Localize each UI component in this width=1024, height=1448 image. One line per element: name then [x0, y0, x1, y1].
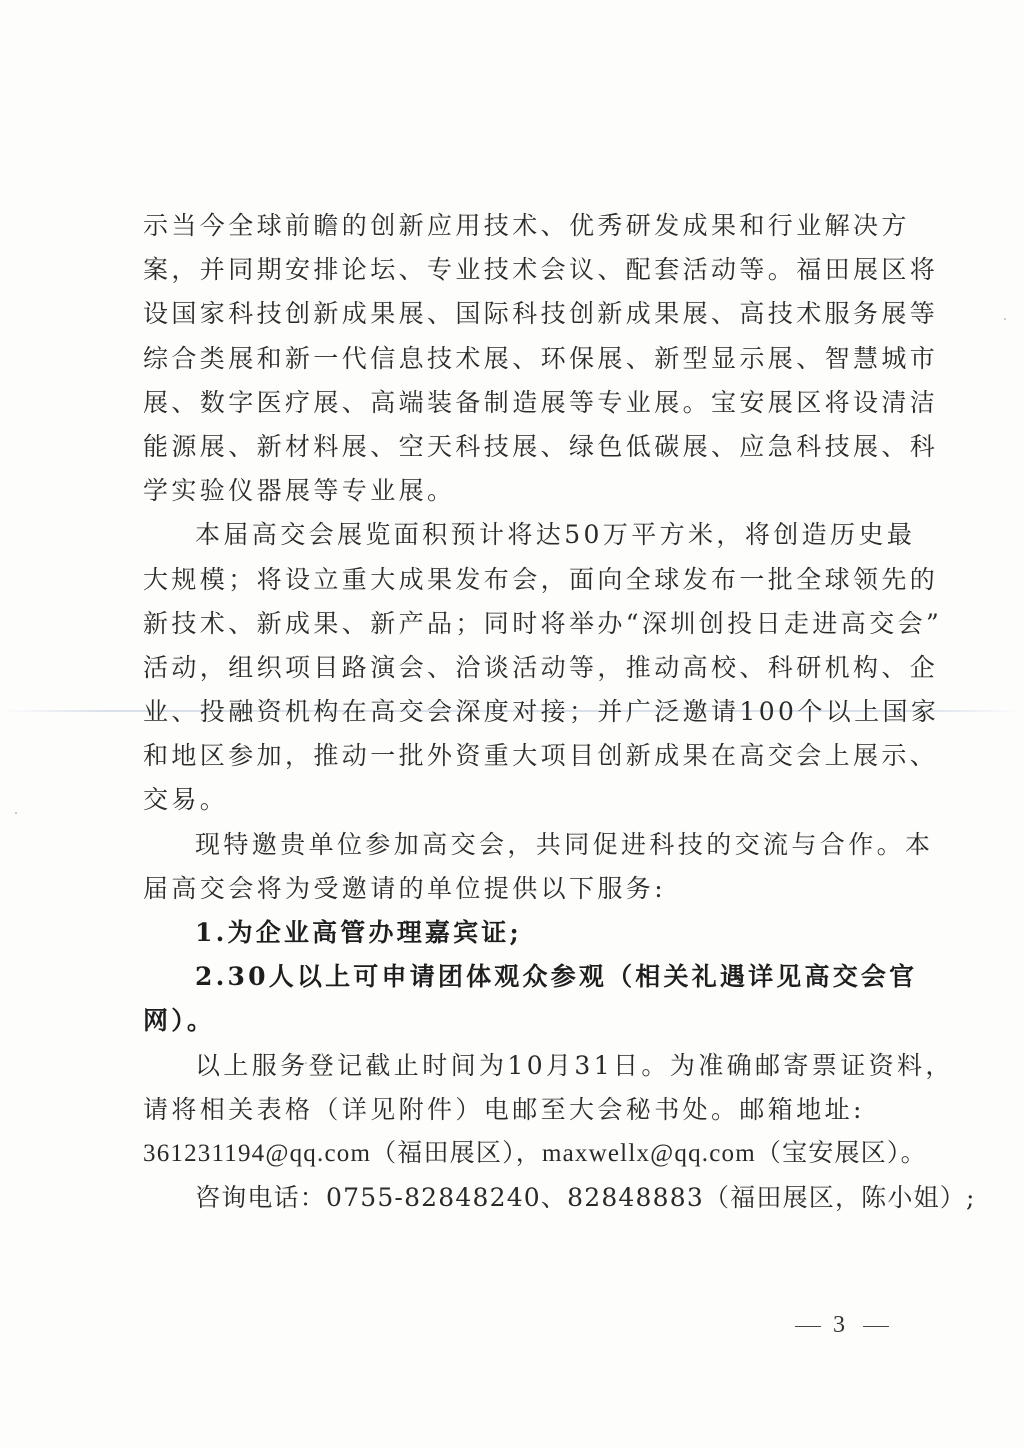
- text-line: 活动，组织项目路演会、洽谈活动等，推动高校、科研机构、企: [143, 646, 883, 690]
- text-line: 以上服务登记截止时间为10月31日。为准确邮寄票证资料，: [143, 1044, 883, 1088]
- page-number: 3: [795, 1312, 889, 1339]
- text-line: 展、数字医疗展、高端装备制造展等专业展。宝安展区将设清洁: [143, 381, 883, 425]
- text-line: 示当今全球前瞻的创新应用技术、优秀研发成果和行业解决方: [143, 204, 883, 248]
- text-line: 请将相关表格（详见附件）电邮至大会秘书处。邮箱地址:: [143, 1088, 883, 1132]
- document-page: 示当今全球前瞻的创新应用技术、优秀研发成果和行业解决方 案，并同期安排论坛、专业…: [0, 0, 1024, 1448]
- text-line: 届高交会将为受邀请的单位提供以下服务:: [143, 867, 883, 911]
- text-line: 交易。: [143, 778, 883, 822]
- paragraph-contact: 咨询电话：0755-82848240、82848883（福田展区，陈小姐）;: [143, 1176, 883, 1220]
- service-item-group-visit: 2.30人以上可申请团体观众参观（相关礼遇详见高交会官: [143, 955, 883, 999]
- scan-speck: [15, 812, 17, 814]
- paragraph-invitation: 现特邀贵单位参加高交会，共同促进科技的交流与合作。本 届高交会将为受邀请的单位提…: [143, 823, 883, 911]
- text-line: 业、投融资机构在高交会深度对接；并广泛邀请100个以上国家: [143, 690, 883, 734]
- services-list: 1.为企业高管办理嘉宾证; 2.30人以上可申请团体观众参观（相关礼遇详见高交会…: [143, 911, 883, 1044]
- text-line: 本届高交会展览面积预计将达50万平方米，将创造历史最: [143, 513, 883, 557]
- service-item-guest-pass: 1.为企业高管办理嘉宾证;: [143, 911, 883, 955]
- text-line: 和地区参加，推动一批外资重大项目创新成果在高交会上展示、: [143, 734, 883, 778]
- text-line: 案，并同期安排论坛、专业技术会议、配套活动等。福田展区将: [143, 248, 883, 292]
- text-line: 能源展、新材料展、空天科技展、绿色低碳展、应急科技展、科: [143, 425, 883, 469]
- page-number-dash-left: [795, 1326, 821, 1328]
- page-number-value: 3: [833, 1312, 851, 1338]
- text-line: 新技术、新成果、新产品；同时将举办“深圳创投日走进高交会”: [143, 602, 883, 646]
- contact-phone-line: 咨询电话：0755-82848240、82848883（福田展区，陈小姐）;: [143, 1176, 883, 1220]
- page-number-dash-right: [863, 1326, 889, 1328]
- text-line: 设国家科技创新成果展、国际科技创新成果展、高技术服务展等: [143, 292, 883, 336]
- document-body: 示当今全球前瞻的创新应用技术、优秀研发成果和行业解决方 案，并同期安排论坛、专业…: [143, 204, 883, 1220]
- service-item-group-visit-cont: 网）。: [143, 999, 883, 1043]
- text-line: 综合类展和新一代信息技术展、环保展、新型显示展、智慧城市: [143, 337, 883, 381]
- paragraph-exhibition-areas: 示当今全球前瞻的创新应用技术、优秀研发成果和行业解决方 案，并同期安排论坛、专业…: [143, 204, 883, 513]
- paragraph-exhibition-scale: 本届高交会展览面积预计将达50万平方米，将创造历史最 大规模；将设立重大成果发布…: [143, 513, 883, 822]
- email-addresses-line: 361231194@qq.com（福田展区），maxwellx@qq.com（宝…: [143, 1132, 883, 1176]
- scan-speck: [1004, 318, 1006, 320]
- paragraph-registration: 以上服务登记截止时间为10月31日。为准确邮寄票证资料， 请将相关表格（详见附件…: [143, 1044, 883, 1177]
- text-line: 现特邀贵单位参加高交会，共同促进科技的交流与合作。本: [143, 823, 883, 867]
- text-line: 大规模；将设立重大成果发布会，面向全球发布一批全球领先的: [143, 558, 883, 602]
- text-line: 学实验仪器展等专业展。: [143, 469, 883, 513]
